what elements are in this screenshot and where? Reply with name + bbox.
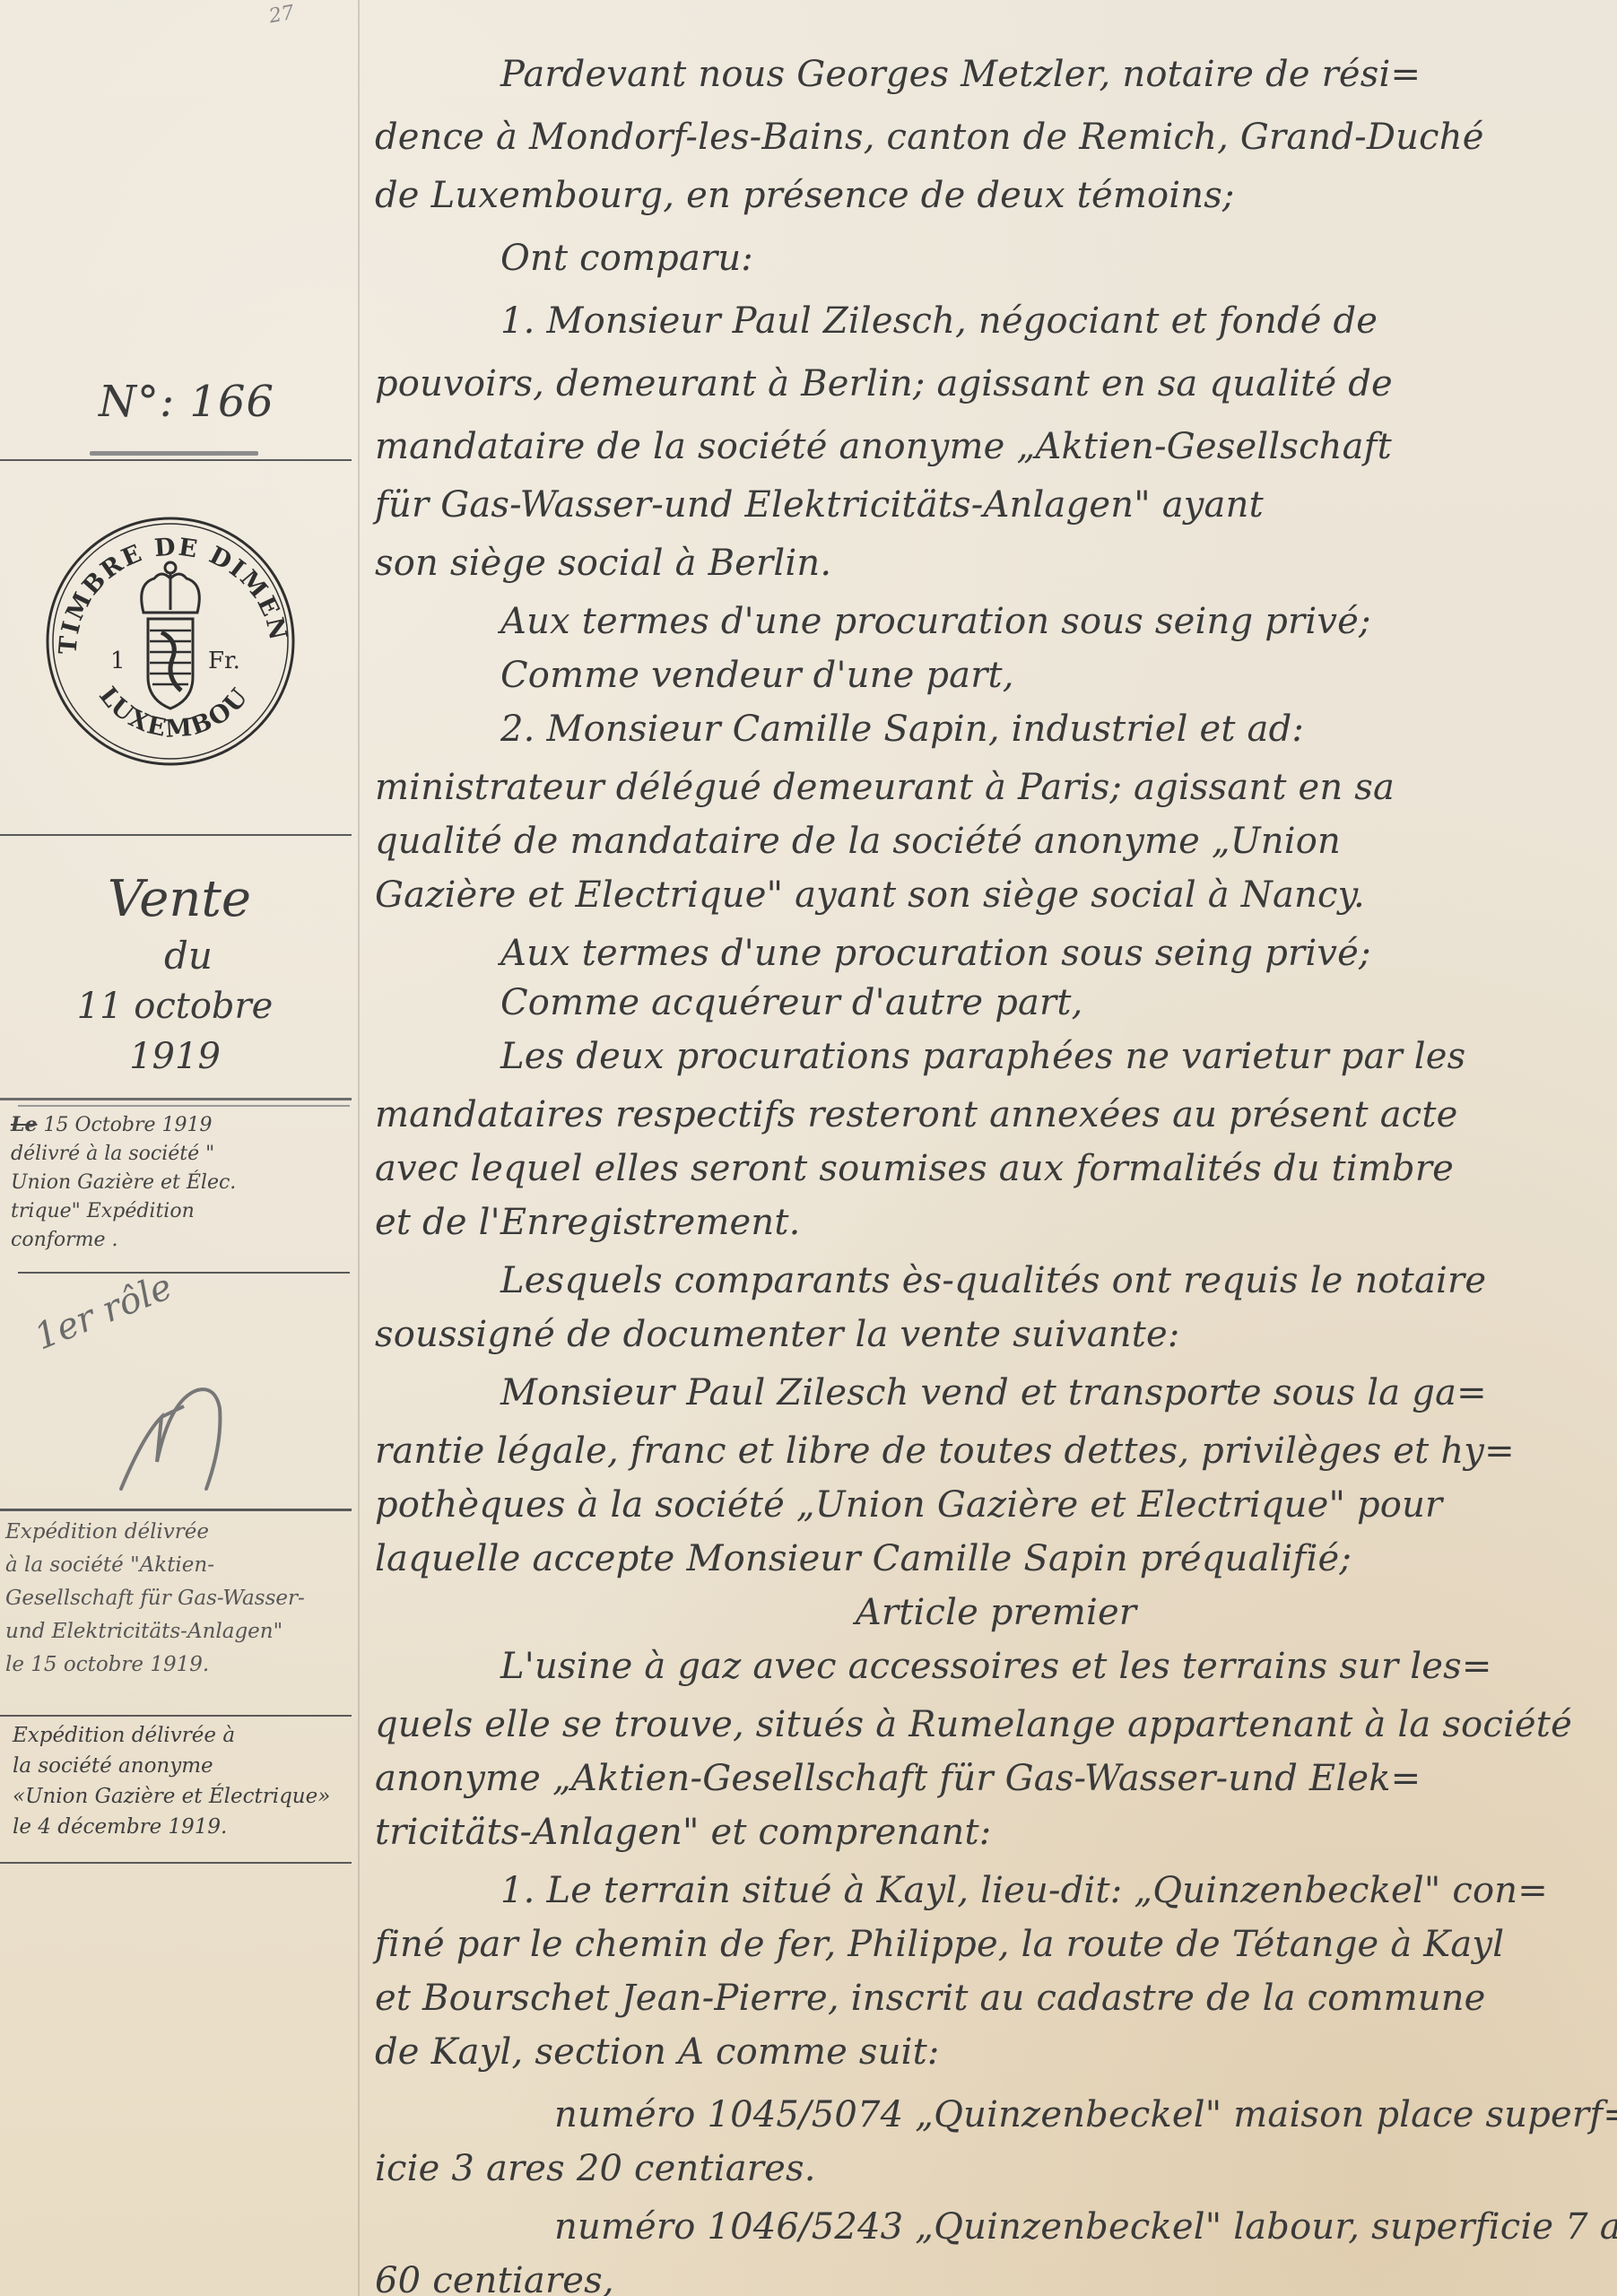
body-line: Aux termes d'une procuration sous seing … bbox=[500, 601, 1371, 642]
margin-divider bbox=[0, 1862, 352, 1864]
margin-divider bbox=[0, 1509, 352, 1511]
party-2-line: 2. Monsieur Camille Sapin, industriel et… bbox=[500, 709, 1304, 750]
deed-title-line: Vente bbox=[36, 868, 323, 931]
note-line: Expédition délivrée à bbox=[13, 1720, 353, 1751]
note-line: délivré à la société " bbox=[11, 1140, 343, 1169]
margin-divider bbox=[0, 1098, 352, 1100]
margin-divider bbox=[18, 1272, 350, 1274]
svg-text:1: 1 bbox=[110, 648, 126, 674]
deed-title: Vente du 11 octobre 1919 bbox=[54, 868, 323, 1082]
body-line: anonyme „Aktien-Gesellschaft für Gas-Was… bbox=[375, 1758, 1421, 1799]
party-1-line: 1. Monsieur Paul Zilesch, négociant et f… bbox=[500, 300, 1378, 342]
note-line: conforme . bbox=[11, 1226, 343, 1255]
note-line: und Elektricitäts-Anlagen" bbox=[5, 1615, 355, 1648]
body-line: soussigné de documenter la vente suivant… bbox=[375, 1314, 1180, 1355]
body-line: pouvoirs, demeurant à Berlin; agissant e… bbox=[375, 363, 1393, 404]
body-line: son siège social à Berlin. bbox=[375, 543, 831, 584]
note-line: trique" Expédition bbox=[11, 1197, 343, 1226]
note-line: Expédition délivrée bbox=[5, 1516, 355, 1549]
body-line: Aux termes d'une procuration sous seing … bbox=[500, 933, 1371, 974]
body-line: mandataires respectifs resteront annexée… bbox=[375, 1094, 1458, 1135]
note-line: le 4 décembre 1919. bbox=[13, 1812, 353, 1842]
margin-note-expedition-aktien: Expédition délivrée à la société "Aktien… bbox=[5, 1516, 355, 1682]
body-line: finé par le chemin de fer, Philippe, la … bbox=[375, 1924, 1504, 1965]
body-line: Les deux procurations paraphées ne varie… bbox=[500, 1036, 1465, 1077]
left-margin: N°: 166 TIMBRE DE DIMENSION LUXEMBOURG bbox=[0, 0, 358, 2296]
note-line: «Union Gazière et Électrique» bbox=[13, 1781, 353, 1812]
parcel-line: 1. Le terrain situé à Kayl, lieu-dit: „Q… bbox=[500, 1870, 1548, 1911]
body-line: für Gas-Wasser-und Elektricitäts-Anlagen… bbox=[375, 484, 1264, 526]
stamp-seal-icon: TIMBRE DE DIMENSION LUXEMBOURG bbox=[36, 507, 305, 776]
parcel-entry: numéro 1046/5243 „Quinzenbeckel" labour,… bbox=[554, 2206, 1617, 2248]
underline bbox=[90, 451, 258, 456]
body-line: Comme acquéreur d'autre part, bbox=[500, 982, 1083, 1023]
body-line: icie 3 ares 20 centiares. bbox=[375, 2148, 816, 2189]
body-line: qualité de mandataire de la société anon… bbox=[375, 821, 1341, 862]
body-line: ministrateur délégué demeurant à Paris; … bbox=[375, 767, 1395, 808]
article-heading: Article premier bbox=[375, 1592, 1617, 1633]
body-line: avec lequel elles seront soumises aux fo… bbox=[375, 1148, 1454, 1189]
margin-note-expedition-union: Le 15 Octobre 1919 délivré à la société … bbox=[11, 1110, 343, 1255]
body-line: 60 centiares, bbox=[375, 2260, 614, 2296]
note-line: Gesellschaft für Gas-Wasser- bbox=[5, 1582, 355, 1615]
margin-divider bbox=[0, 834, 352, 836]
note-line: Union Gazière et Élec. bbox=[11, 1169, 343, 1197]
body-line: dence à Mondorf-les-Bains, canton de Rem… bbox=[375, 117, 1484, 158]
body-line: Comme vendeur d'une part, bbox=[500, 655, 1014, 696]
body-line: rantie légale, franc et libre de toutes … bbox=[375, 1431, 1515, 1472]
body-line: Pardevant nous Georges Metzler, notaire … bbox=[500, 54, 1421, 95]
body-line: tricitäts-Anlagen" et comprenant: bbox=[375, 1812, 991, 1853]
body-line: de Kayl, section A comme suit: bbox=[375, 2031, 940, 2073]
body-line: mandataire de la société anonyme „Aktien… bbox=[375, 426, 1392, 467]
note-line: la société anonyme bbox=[13, 1751, 353, 1781]
margin-rule bbox=[358, 0, 360, 2296]
body-line: de Luxembourg, en présence de deux témoi… bbox=[375, 175, 1235, 216]
margin-divider bbox=[0, 459, 352, 461]
margin-divider bbox=[18, 1105, 350, 1107]
body-line: Monsieur Paul Zilesch vend et transporte… bbox=[500, 1372, 1487, 1413]
role-number: 1er rôle bbox=[29, 1266, 178, 1359]
body-line: et Bourschet Jean-Pierre, inscrit au cad… bbox=[375, 1978, 1486, 2019]
deed-date: 11 octobre 1919 bbox=[27, 981, 323, 1082]
parcel-entry: numéro 1045/5074 „Quinzenbeckel" maison … bbox=[554, 2094, 1617, 2135]
acte-number: N°: 166 bbox=[99, 377, 274, 427]
note-line: à la société "Aktien- bbox=[5, 1549, 355, 1582]
body-line: quels elle se trouve, situés à Rumelange… bbox=[375, 1704, 1572, 1745]
margin-note-expedition-union-2: Expédition délivrée à la société anonyme… bbox=[13, 1720, 353, 1842]
paraph-signature-icon bbox=[108, 1363, 251, 1498]
body-line: Gazière et Electrique" ayant son siège s… bbox=[375, 874, 1365, 916]
body-line: Ont comparu: bbox=[500, 238, 753, 279]
body-line: et de l'Enregistrement. bbox=[375, 1202, 801, 1243]
body-line: laquelle accepte Monsieur Camille Sapin … bbox=[375, 1538, 1352, 1579]
note-line: le 15 octobre 1919. bbox=[5, 1648, 355, 1682]
body-line: L'usine à gaz avec accessoires et les te… bbox=[500, 1646, 1492, 1687]
body-line: pothèques à la société „Union Gazière et… bbox=[375, 1484, 1442, 1526]
deed-title-line: du bbox=[54, 931, 323, 981]
body-line: Lesquels comparants ès-qualités ont requ… bbox=[500, 1260, 1486, 1301]
svg-text:Fr.: Fr. bbox=[208, 648, 240, 674]
margin-divider bbox=[0, 1715, 352, 1717]
paper-page: 27 N°: 166 TIMBRE DE DIMENSION LUXEMBOUR… bbox=[0, 0, 1617, 2296]
note-line: Le 15 Octobre 1919 bbox=[11, 1110, 343, 1140]
tax-stamp: TIMBRE DE DIMENSION LUXEMBOURG bbox=[36, 507, 305, 776]
